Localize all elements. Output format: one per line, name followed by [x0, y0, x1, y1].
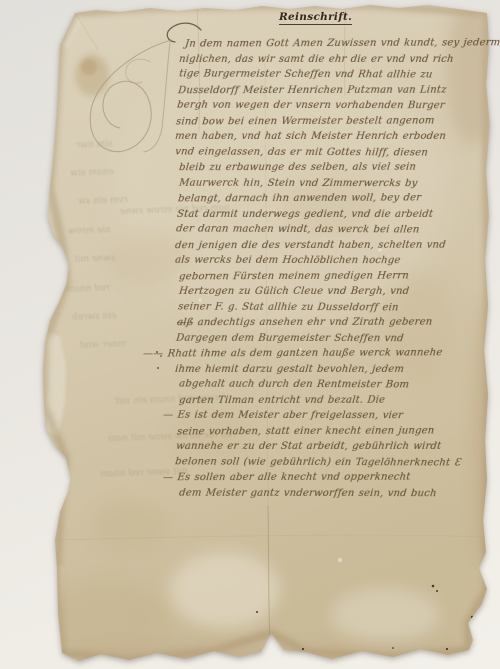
manuscript-scan: sim nwrenam stwrvm ein swnie mrowswne mi…	[0, 0, 500, 669]
handwritten-line: garten Tilman entricht vnd bezalt. Die	[178, 394, 385, 406]
handwritten-line: niglichen, das wir samt die ehr die er v…	[179, 54, 455, 66]
handwritten-line: — Es sollen aber alle knecht vnd opperkn…	[162, 472, 411, 485]
edge-darkening	[446, 0, 498, 145]
handwritten-line: wannehe er zu der Stat arbeidt, gebührli…	[176, 441, 442, 453]
ink-bleedthrough-mark: nie mrow	[68, 225, 111, 236]
handwritten-line: den jenigen die des verstandt haben, sch…	[175, 239, 447, 252]
handwritten-line: Stat darmit underwegs gedient, vnd die a…	[176, 209, 433, 221]
paper-stain	[170, 552, 280, 628]
handwritten-line: belangt, darnach ihn anwenden woll, bey …	[177, 192, 421, 205]
handwritten-line: der daran machen windt, das werck bei al…	[176, 223, 421, 236]
handwritten-line: Hertzogen zu Gülich Cleue vnd Bergh, vnd	[178, 286, 409, 298]
handwritten-line: bergh von wegen der vnsern vorhabenden B…	[176, 100, 445, 113]
handwritten-line: seine vorhaben, statt einer knecht einen…	[176, 425, 435, 438]
ink-bleedthrough-mark: red nnam	[66, 283, 110, 295]
handwritten-line: belonen soll (wie gebührlich) ein Tagelö…	[175, 456, 462, 469]
handwritten-line: ihme hiemit darzu gestalt bevohlen, jede…	[174, 364, 404, 376]
handwritten-line: als wercks bei dem Hochlöblichen hochge	[174, 255, 401, 267]
ink-bleedthrough-mark: enam stw	[70, 167, 114, 179]
handwritten-line: Maurwerck hin, Stein vnd Zimmerwercks by	[178, 177, 418, 189]
edge-darkening	[475, 300, 499, 560]
ink-bleedthrough-mark: ein swreb	[72, 311, 117, 323]
handwritten-line: Jn dem namen Gott Amen Zuwissen vnd kund…	[184, 37, 500, 50]
edge-darkening	[60, 645, 480, 669]
handwritten-line: men haben, vnd hat sich Meister Henrich …	[175, 131, 447, 143]
handwritten-line: vnd eingelassen, das er mit Gottes hilff…	[174, 146, 428, 159]
handwritten-line: Dargegen dem Burgemeister Scheffen vnd	[176, 332, 405, 344]
ink-bleedthrough-mark: swne mit	[74, 253, 116, 264]
handwritten-line: dem Meister gantz vnderworffen sein, vnd…	[179, 487, 438, 500]
paper-stain	[81, 59, 97, 75]
handwritten-line: Dusseldorff Meister Henrichen Putzman va…	[177, 84, 447, 97]
handwritten-line: sind bow bei einen Wermeister bestelt an…	[176, 115, 436, 128]
handwritten-line: — Es ist dem Meister aber freigelassen, …	[162, 410, 403, 423]
ink-bleedthrough-mark: sim nwr	[76, 139, 113, 150]
handwritten-line: abgehalt auch durch den Rentmeister Bom	[179, 379, 410, 392]
handwritten-line: bleib zu erbawunge des selben, als viel …	[179, 162, 417, 174]
handwritten-line: tige Burgermeister Scheffen vnd Rhat all…	[178, 68, 433, 81]
paper-stain	[92, 501, 168, 549]
handwritten-line: gebornen Fürsten meinem gnedigen Herrn	[179, 270, 410, 283]
ink-bleedthrough-mark: mner wnd	[80, 339, 126, 351]
paper-stain	[330, 587, 440, 643]
handwritten-line: a̶l̶ß̶ andechtigs ansehen ehr vnd Zirath…	[176, 317, 433, 330]
handwritten-line: seiner F. g. Stat allhie zu Dusseldorff …	[177, 301, 399, 314]
document-heading: Reinschrift.	[279, 11, 352, 25]
handwritten-line: —— Rhatt ihme als dem gantzen hauße werc…	[142, 347, 443, 360]
ink-bleedthrough-mark: rvm ein sw	[78, 195, 128, 207]
